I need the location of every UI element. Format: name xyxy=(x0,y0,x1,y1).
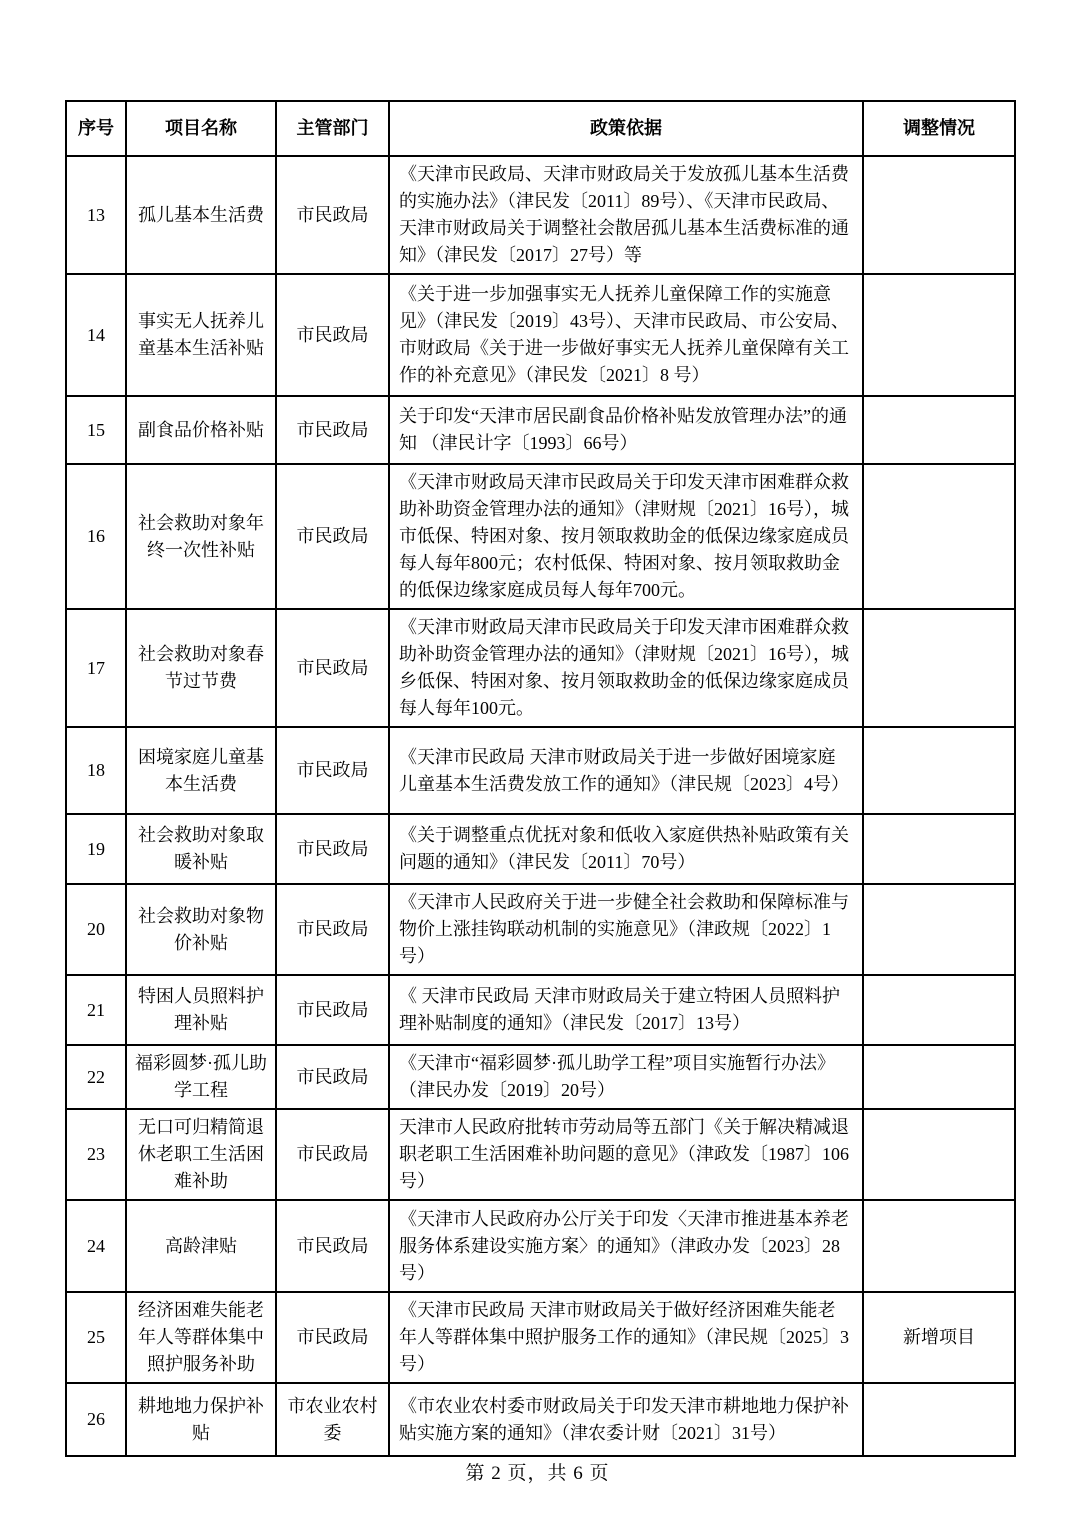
adjustment-status xyxy=(863,884,1015,975)
policy-basis: 《天津市财政局天津市民政局关于印发天津市困难群众救助补助资金管理办法的通知》（津… xyxy=(389,609,863,727)
table-row: 21 特困人员照料护理补贴 市民政局 《 天津市民政局 天津市财政局关于建立特困… xyxy=(66,975,1015,1045)
project-name: 社会救助对象年终一次性补贴 xyxy=(126,464,276,609)
policy-basis: 《关于调整重点优抚对象和低收入家庭供热补贴政策有关问题的通知》（津民发〔2011… xyxy=(389,814,863,884)
table-row: 19 社会救助对象取暖补贴 市民政局 《关于调整重点优抚对象和低收入家庭供热补贴… xyxy=(66,814,1015,884)
adjustment-status xyxy=(863,1109,1015,1200)
adjustment-status xyxy=(863,814,1015,884)
department: 市民政局 xyxy=(276,884,389,975)
row-no: 22 xyxy=(66,1045,126,1109)
department: 市农业农村委 xyxy=(276,1383,389,1456)
adjustment-status: 新增项目 xyxy=(863,1292,1015,1383)
adjustment-status xyxy=(863,609,1015,727)
policy-basis: 关于印发“天津市居民副食品价格补贴发放管理办法”的通知 （津民计字〔1993〕6… xyxy=(389,396,863,464)
adjustment-status xyxy=(863,396,1015,464)
header-adjustment: 调整情况 xyxy=(863,101,1015,156)
adjustment-status xyxy=(863,274,1015,396)
table-header-row: 序号 项目名称 主管部门 政策依据 调整情况 xyxy=(66,101,1015,156)
header-policy-basis: 政策依据 xyxy=(389,101,863,156)
row-no: 16 xyxy=(66,464,126,609)
table-row: 17 社会救助对象春节过节费 市民政局 《天津市财政局天津市民政局关于印发天津市… xyxy=(66,609,1015,727)
row-no: 17 xyxy=(66,609,126,727)
row-no: 13 xyxy=(66,156,126,274)
adjustment-status xyxy=(863,464,1015,609)
department: 市民政局 xyxy=(276,156,389,274)
policy-basis: 《天津市“福彩圆梦·孤儿助学工程”项目实施暂行办法》（津民办发〔2019〕20号… xyxy=(389,1045,863,1109)
department: 市民政局 xyxy=(276,814,389,884)
project-name: 社会救助对象物价补贴 xyxy=(126,884,276,975)
project-name: 高龄津贴 xyxy=(126,1200,276,1292)
table-row: 22 福彩圆梦·孤儿助学工程 市民政局 《天津市“福彩圆梦·孤儿助学工程”项目实… xyxy=(66,1045,1015,1109)
policy-basis: 《天津市人民政府办公厅关于印发〈天津市推进基本养老服务体系建设实施方案〉的通知》… xyxy=(389,1200,863,1292)
department: 市民政局 xyxy=(276,1292,389,1383)
table-row: 20 社会救助对象物价补贴 市民政局 《天津市人民政府关于进一步健全社会救助和保… xyxy=(66,884,1015,975)
row-no: 25 xyxy=(66,1292,126,1383)
project-name: 耕地地力保护补贴 xyxy=(126,1383,276,1456)
table-row: 23 无口可归精简退休老职工生活困难补助 市民政局 天津市人民政府批转市劳动局等… xyxy=(66,1109,1015,1200)
policy-basis: 天津市人民政府批转市劳动局等五部门《关于解决精减退职老职工生活困难补助问题的意见… xyxy=(389,1109,863,1200)
policy-basis: 《关于进一步加强事实无人抚养儿童保障工作的实施意见》（津民发〔2019〕43号）… xyxy=(389,274,863,396)
adjustment-status xyxy=(863,975,1015,1045)
page-number-footer: 第 2 页，共 6 页 xyxy=(0,1458,1075,1485)
policy-table: 序号 项目名称 主管部门 政策依据 调整情况 13 孤儿基本生活费 市民政局 《… xyxy=(65,100,1016,1457)
table-row: 14 事实无人抚养儿童基本生活补贴 市民政局 《关于进一步加强事实无人抚养儿童保… xyxy=(66,274,1015,396)
policy-basis: 《天津市人民政府关于进一步健全社会救助和保障标准与物价上涨挂钩联动机制的实施意见… xyxy=(389,884,863,975)
project-name: 特困人员照料护理补贴 xyxy=(126,975,276,1045)
project-name: 经济困难失能老年人等群体集中照护服务补助 xyxy=(126,1292,276,1383)
header-no: 序号 xyxy=(66,101,126,156)
department: 市民政局 xyxy=(276,1200,389,1292)
table-row: 26 耕地地力保护补贴 市农业农村委 《市农业农村委市财政局关于印发天津市耕地地… xyxy=(66,1383,1015,1456)
policy-basis: 《 天津市民政局 天津市财政局关于建立特困人员照料护理补贴制度的通知》（津民发〔… xyxy=(389,975,863,1045)
project-name: 福彩圆梦·孤儿助学工程 xyxy=(126,1045,276,1109)
policy-basis: 《市农业农村委市财政局关于印发天津市耕地地力保护补贴实施方案的通知》（津农委计财… xyxy=(389,1383,863,1456)
adjustment-status xyxy=(863,1383,1015,1456)
department: 市民政局 xyxy=(276,396,389,464)
department: 市民政局 xyxy=(276,727,389,814)
department: 市民政局 xyxy=(276,1109,389,1200)
project-name: 社会救助对象取暖补贴 xyxy=(126,814,276,884)
table-row: 13 孤儿基本生活费 市民政局 《天津市民政局、天津市财政局关于发放孤儿基本生活… xyxy=(66,156,1015,274)
adjustment-status xyxy=(863,1200,1015,1292)
header-department: 主管部门 xyxy=(276,101,389,156)
project-name: 无口可归精简退休老职工生活困难补助 xyxy=(126,1109,276,1200)
row-no: 21 xyxy=(66,975,126,1045)
project-name: 事实无人抚养儿童基本生活补贴 xyxy=(126,274,276,396)
policy-basis: 《天津市民政局 天津市财政局关于进一步做好困境家庭儿童基本生活费发放工作的通知》… xyxy=(389,727,863,814)
project-name: 社会救助对象春节过节费 xyxy=(126,609,276,727)
policy-basis: 《天津市民政局 天津市财政局关于做好经济困难失能老年人等群体集中照护服务工作的通… xyxy=(389,1292,863,1383)
row-no: 19 xyxy=(66,814,126,884)
table-row: 15 副食品价格补贴 市民政局 关于印发“天津市居民副食品价格补贴发放管理办法”… xyxy=(66,396,1015,464)
row-no: 23 xyxy=(66,1109,126,1200)
row-no: 14 xyxy=(66,274,126,396)
department: 市民政局 xyxy=(276,1045,389,1109)
department: 市民政局 xyxy=(276,975,389,1045)
row-no: 26 xyxy=(66,1383,126,1456)
project-name: 孤儿基本生活费 xyxy=(126,156,276,274)
department: 市民政局 xyxy=(276,274,389,396)
adjustment-status xyxy=(863,727,1015,814)
document-page: { "table": { "headers": { "no": "序号", "n… xyxy=(0,0,1075,1519)
row-no: 15 xyxy=(66,396,126,464)
adjustment-status xyxy=(863,156,1015,274)
policy-basis: 《天津市民政局、天津市财政局关于发放孤儿基本生活费的实施办法》（津民发〔2011… xyxy=(389,156,863,274)
header-project-name: 项目名称 xyxy=(126,101,276,156)
table-row: 25 经济困难失能老年人等群体集中照护服务补助 市民政局 《天津市民政局 天津市… xyxy=(66,1292,1015,1383)
policy-table-container: 序号 项目名称 主管部门 政策依据 调整情况 13 孤儿基本生活费 市民政局 《… xyxy=(65,100,1016,1457)
table-row: 24 高龄津贴 市民政局 《天津市人民政府办公厅关于印发〈天津市推进基本养老服务… xyxy=(66,1200,1015,1292)
table-row: 18 困境家庭儿童基本生活费 市民政局 《天津市民政局 天津市财政局关于进一步做… xyxy=(66,727,1015,814)
project-name: 困境家庭儿童基本生活费 xyxy=(126,727,276,814)
row-no: 24 xyxy=(66,1200,126,1292)
department: 市民政局 xyxy=(276,609,389,727)
row-no: 18 xyxy=(66,727,126,814)
table-row: 16 社会救助对象年终一次性补贴 市民政局 《天津市财政局天津市民政局关于印发天… xyxy=(66,464,1015,609)
row-no: 20 xyxy=(66,884,126,975)
adjustment-status xyxy=(863,1045,1015,1109)
department: 市民政局 xyxy=(276,464,389,609)
project-name: 副食品价格补贴 xyxy=(126,396,276,464)
policy-basis: 《天津市财政局天津市民政局关于印发天津市困难群众救助补助资金管理办法的通知》（津… xyxy=(389,464,863,609)
